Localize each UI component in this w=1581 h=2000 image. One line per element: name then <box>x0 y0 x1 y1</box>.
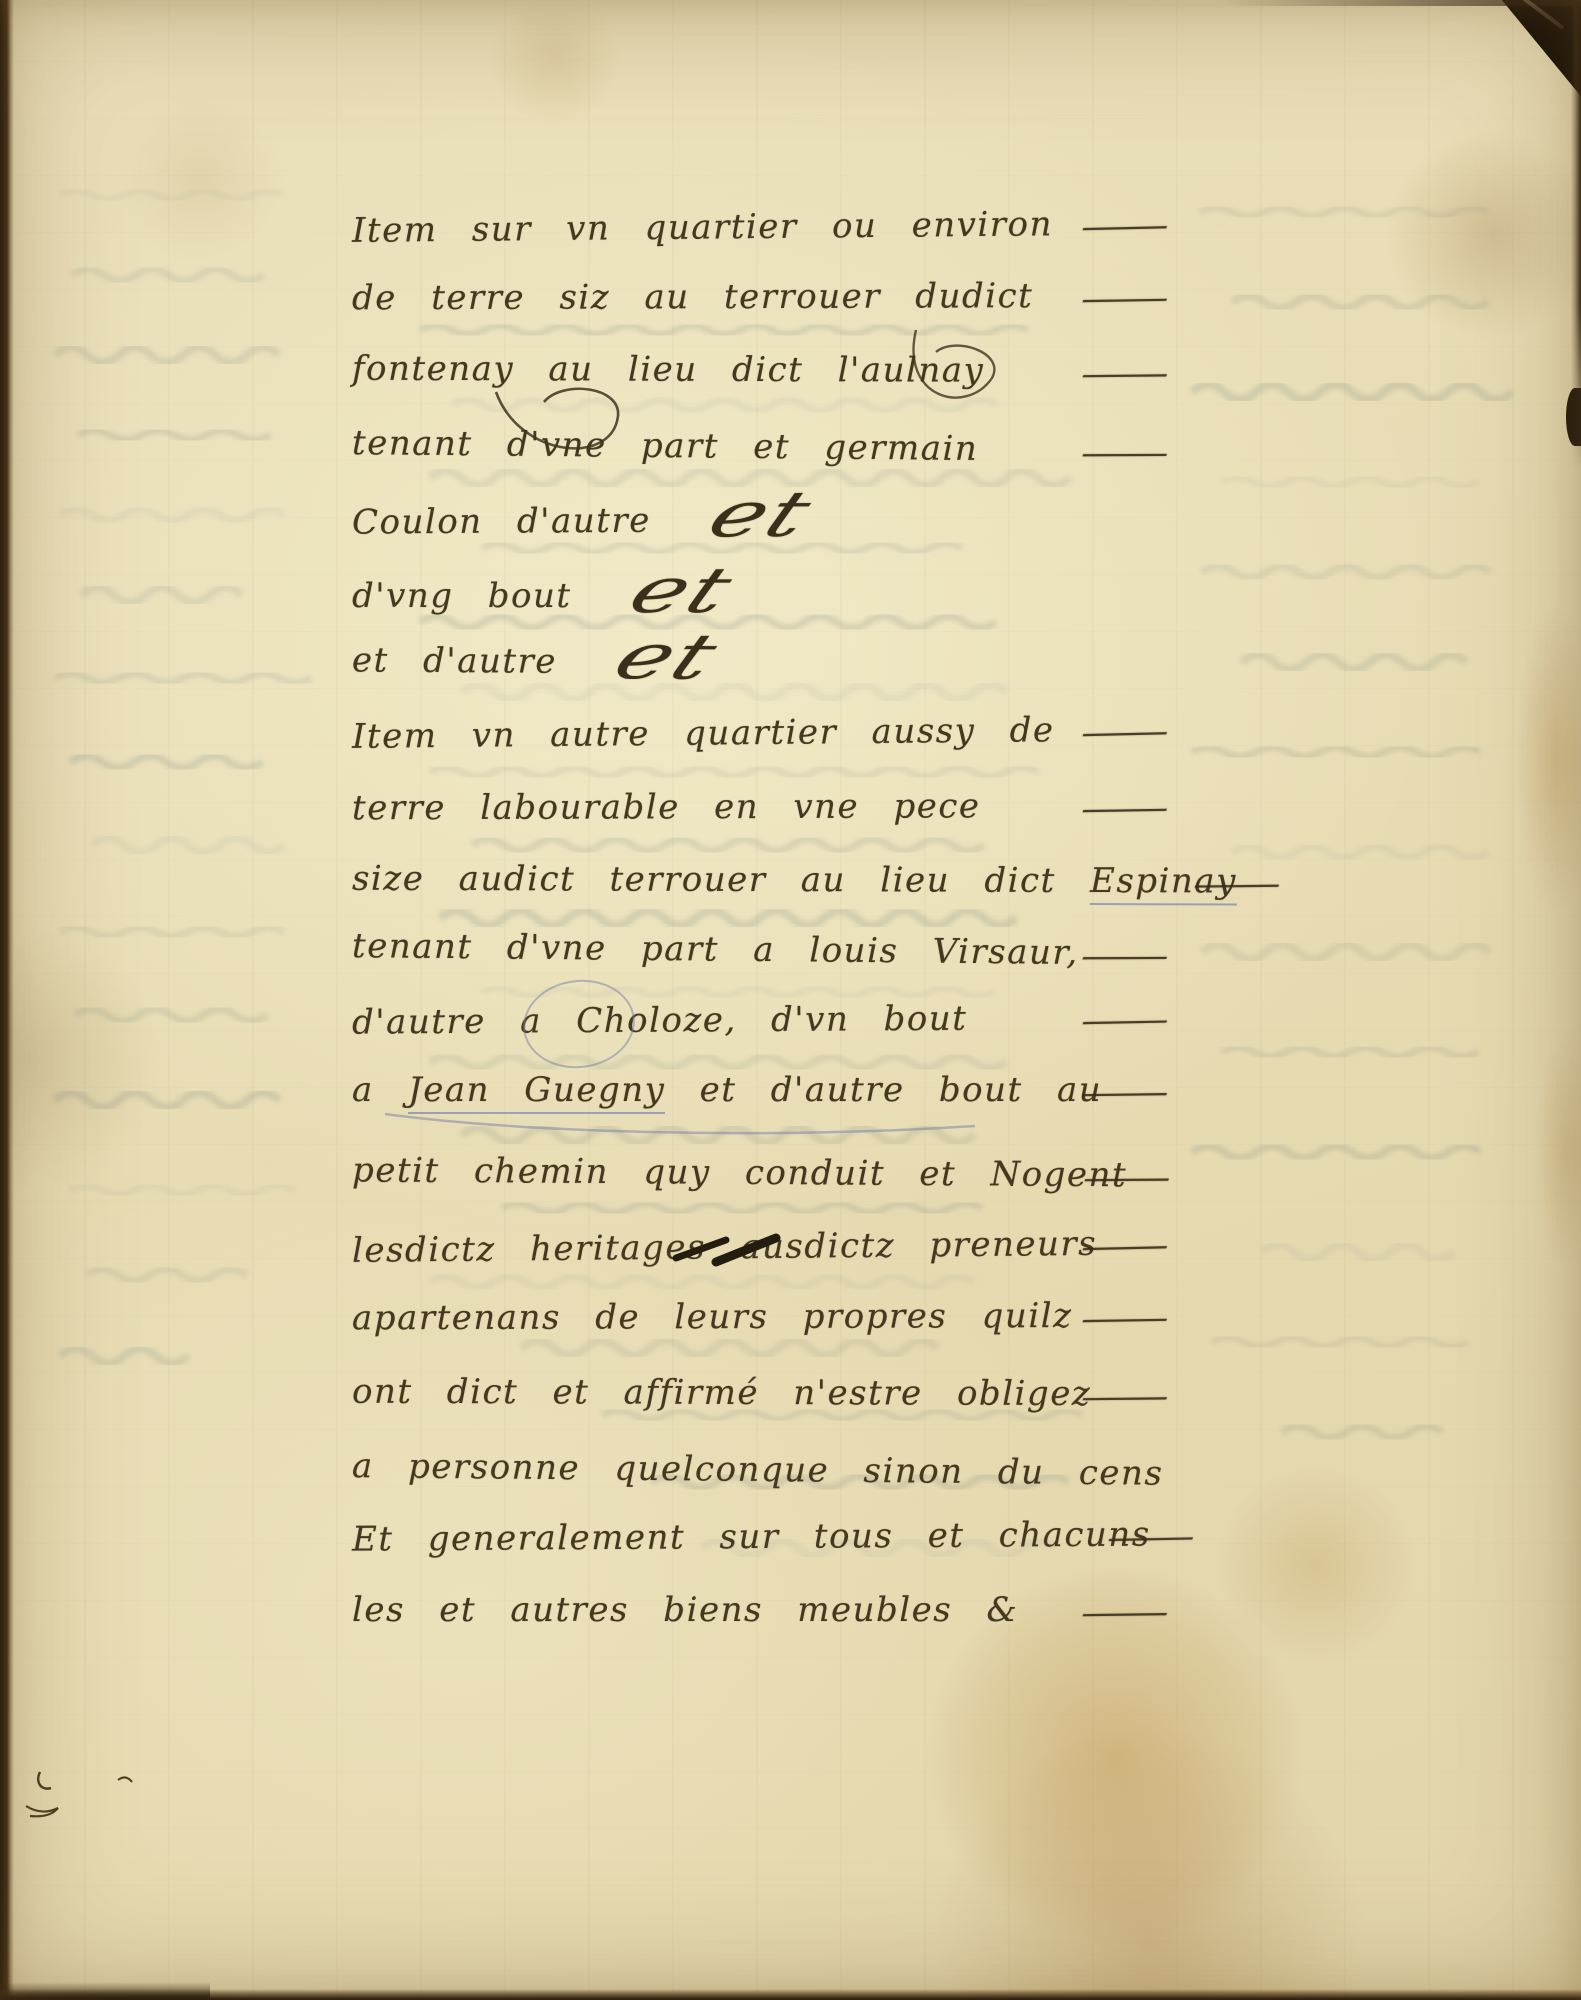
edge-vignette <box>0 0 1581 2000</box>
manuscript-page: Item sur vn quartier ou environ—de terre… <box>0 0 1581 2000</box>
